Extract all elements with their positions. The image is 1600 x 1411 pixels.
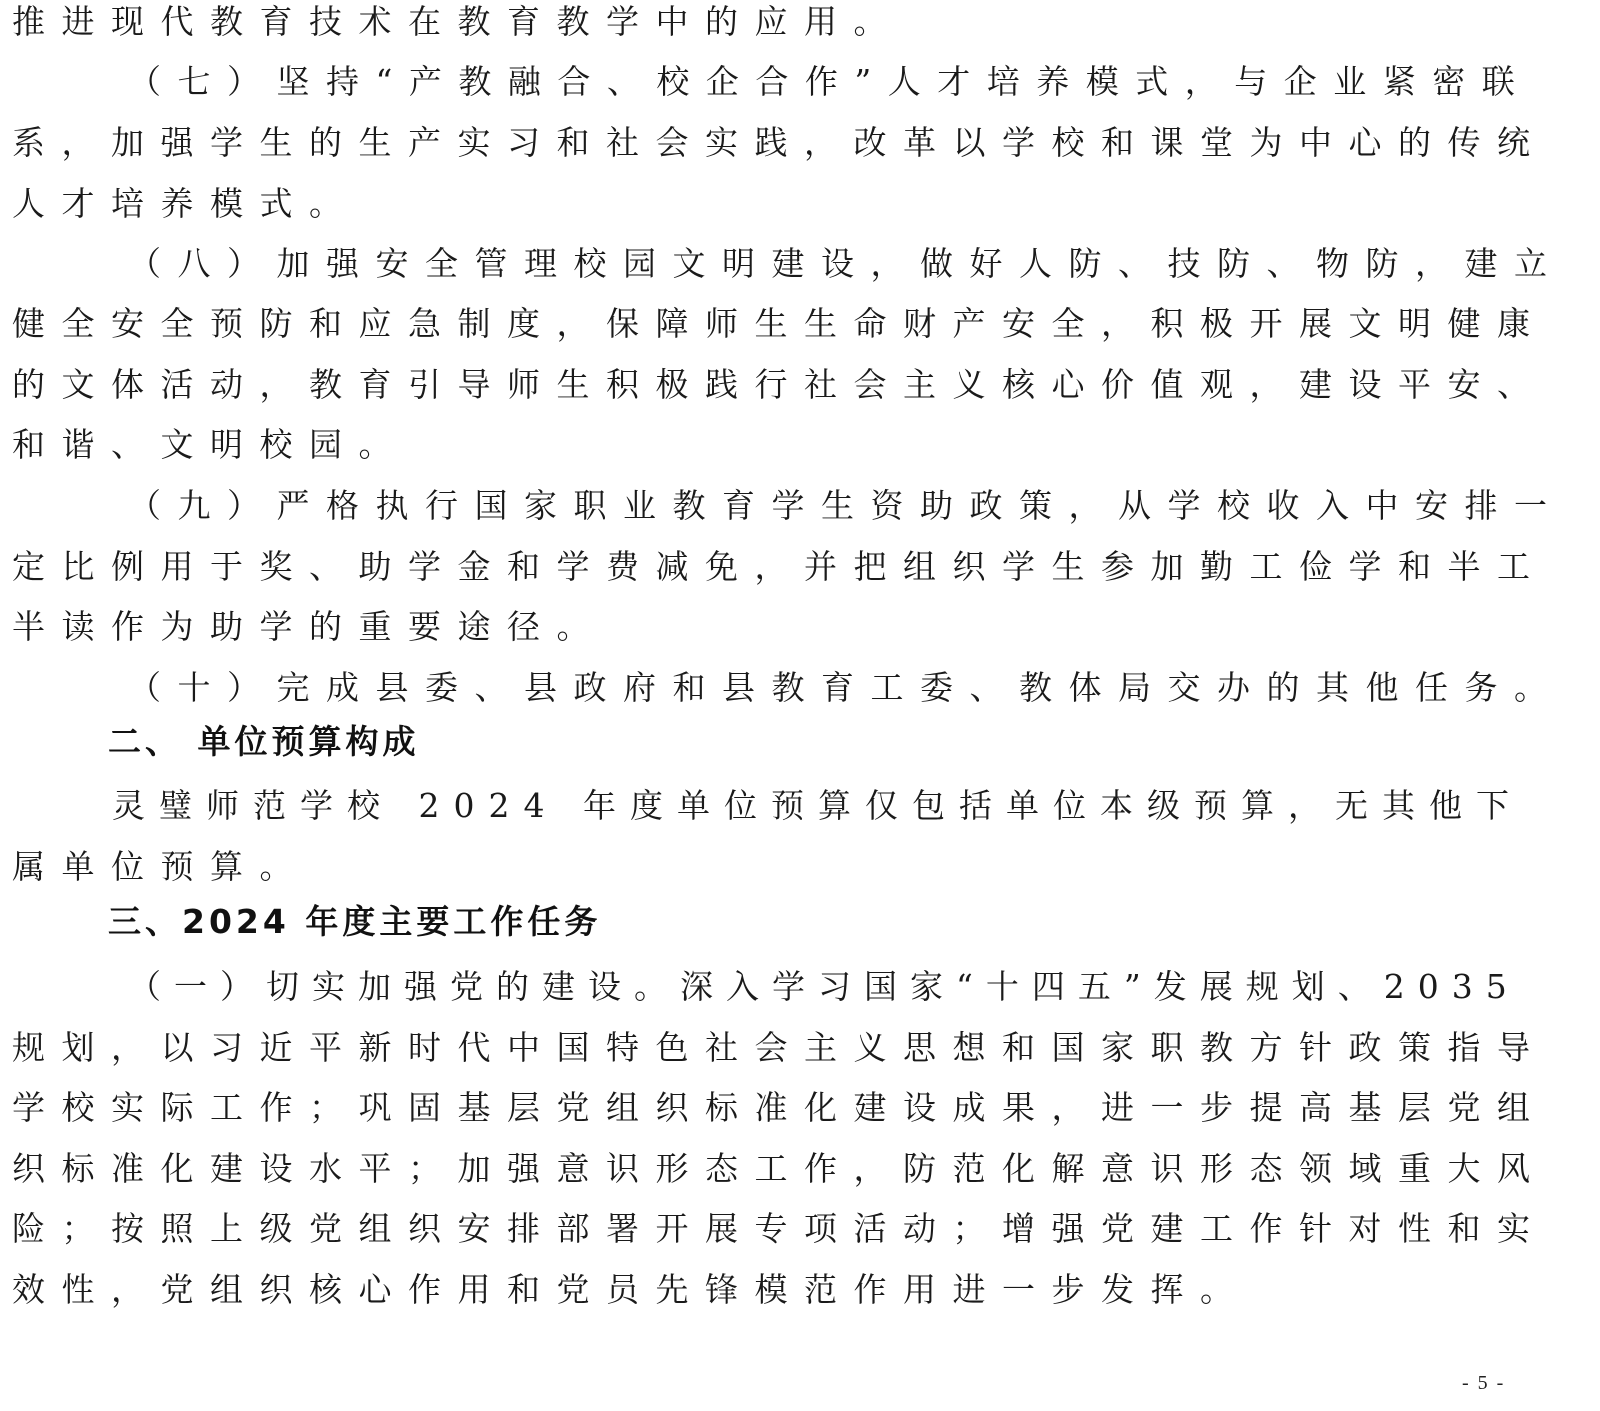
paragraph-line: 健全安全预防和应急制度，保障师生生命财产安全，积极开展文明健康 [12, 304, 1547, 344]
paragraph-line: 属单位预算。 [12, 847, 309, 887]
paragraph-line: 定比例用于奖、助学金和学费减免，并把组织学生参加勤工俭学和半工 [12, 547, 1547, 587]
paragraph-line-item-9: （九）严格执行国家职业教育学生资助政策，从学校收入中安排一 [128, 486, 1564, 526]
paragraph-line: 的文体活动，教育引导师生积极践行社会主义核心价值观，建设平安、 [12, 365, 1547, 405]
paragraph-line: 效性，党组织核心作用和党员先锋模范作用进一步发挥。 [12, 1270, 1250, 1310]
page-number: - 5 - [1462, 1372, 1505, 1395]
paragraph-line-item-10: （十）完成县委、县政府和县教育工委、教体局交办的其他任务。 [128, 668, 1564, 708]
paragraph-line: 规划，以习近平新时代中国特色社会主义思想和国家职教方针政策指导 [12, 1028, 1547, 1068]
paragraph-line-item-7: （七）坚持“产教融合、校企合作”人才培养模式，与企业紧密联 [128, 62, 1531, 102]
paragraph-line: 推进现代教育技术在教育教学中的应用。 [12, 2, 903, 42]
paragraph-line: 系，加强学生的生产实习和社会实践，改革以学校和课堂为中心的传统 [12, 123, 1547, 163]
paragraph-line: 学校实际工作；巩固基层党组织标准化建设成果，进一步提高基层党组 [12, 1088, 1547, 1128]
section-heading-main-tasks: 三、2024 年度主要工作任务 [108, 902, 601, 942]
paragraph-line: 织标准化建设水平；加强意识形态工作，防范化解意识形态领域重大风 [12, 1149, 1547, 1189]
paragraph-line: 灵璧师范学校 2024 年度单位预算仅包括单位本级预算，无其他下 [112, 786, 1523, 826]
paragraph-line: 和谐、文明校园。 [12, 425, 408, 465]
paragraph-line-item-8: （八）加强安全管理校园文明建设，做好人防、技防、物防，建立 [128, 244, 1564, 284]
paragraph-line-item-1: （一）切实加强党的建设。深入学习国家“十四五”发展规划、2035 [128, 967, 1520, 1007]
paragraph-line: 险；按照上级党组织安排部署开展专项活动；增强党建工作针对性和实 [12, 1209, 1547, 1249]
section-heading-budget-composition: 二、 单位预算构成 [108, 722, 420, 762]
paragraph-line: 半读作为助学的重要途径。 [12, 607, 606, 647]
paragraph-line: 人才培养模式。 [12, 184, 359, 224]
